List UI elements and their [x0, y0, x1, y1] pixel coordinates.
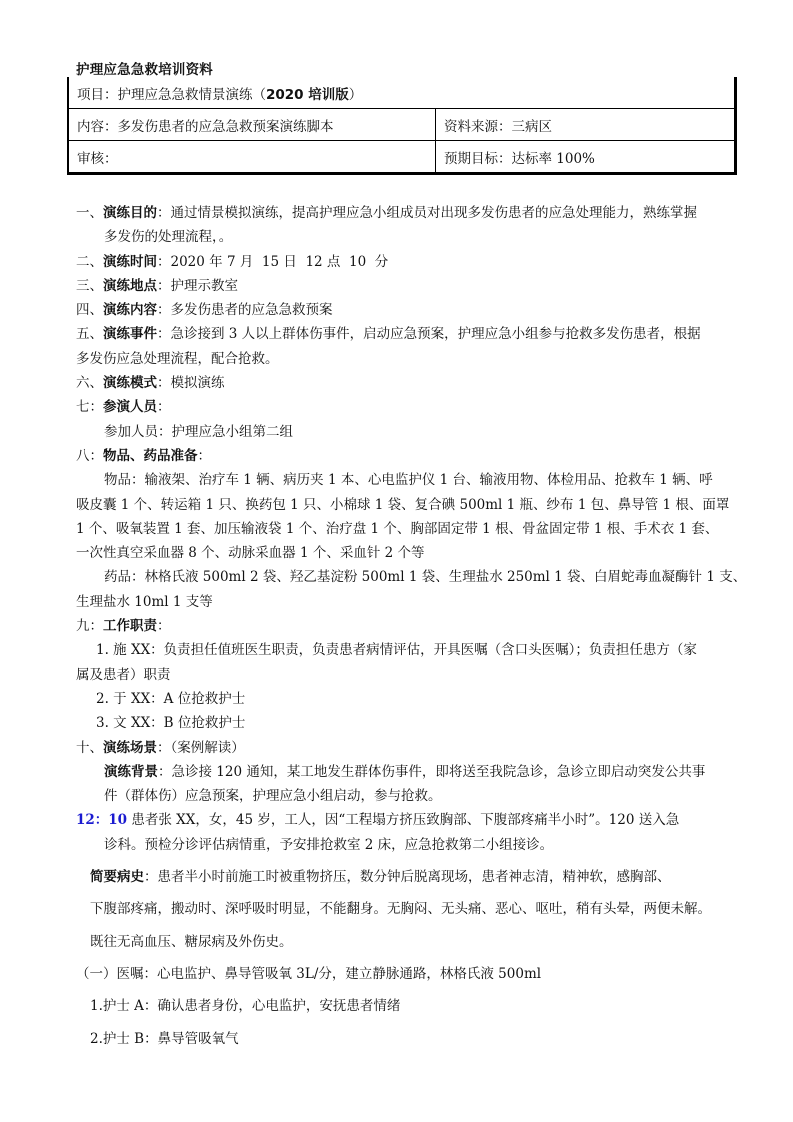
document-body: 一、演练目的：通过情景模拟演练，提高护理应急小组成员对出现多发伤患者的应急处理能…	[76, 201, 741, 1051]
section-scenario: 十、演练场景：（案例解读）	[76, 736, 741, 760]
table-row-content: 内容：多发伤患者的应急急救预案演练脚本 资料来源：三病区	[68, 109, 736, 141]
section-event: 五、演练事件：急诊接到 3 人以上群体伤事件，启动应急预案，护理应急小组参与抢救…	[76, 322, 741, 346]
section-purpose: 一、演练目的：通过情景模拟演练，提高护理应急小组成员对出现多发伤患者的应急处理能…	[76, 201, 741, 225]
nurse-a-task: 1.护士 A：确认患者身份，心电监护，安抚患者情绪	[76, 994, 741, 1018]
section-participants: 七：参演人员：	[76, 395, 741, 419]
document-title: 护理应急急救培训资料	[76, 58, 213, 78]
history-line: 下腹部疼痛，搬动时、深呼吸时明显，不能翻身。无胸闷、无头痛、恶心、呕吐，稍有头晕…	[76, 897, 741, 921]
drugs-line: 生理盐水 10ml 1 支等	[76, 590, 741, 614]
info-table: 项目：护理应急急救情景演练（2020 培训版） 内容：多发伤患者的应急急救预案演…	[67, 77, 737, 175]
scenario-timeline-cont: 诊科。预检分诊评估病情重，予安排抢救室 2 床，应急抢救第二小组接诊。	[76, 833, 741, 857]
section-supplies: 八：物品、药品准备：	[76, 444, 741, 468]
duty-item: 1. 施 XX：负责担任值班医生职责，负责患者病情评估，开具医嘱（含口头医嘱）；…	[76, 638, 741, 662]
target-cell: 预期目标：达标率 100%	[436, 141, 736, 174]
supplies-line: 一次性真空采血器 8 个、动脉采血器 1 个、采血针 2 个等	[76, 541, 741, 565]
section-event-cont: 多发伤应急处理流程，配合抢救。	[76, 347, 741, 371]
duty-item-cont: 属及患者）职责	[76, 663, 741, 687]
history: 简要病史：患者半小时前施工时被重物挤压，数分钟后脱离现场，患者神志清，精神软，感…	[76, 865, 741, 889]
nurse-b-task: 2.护士 B：鼻导管吸氧气	[76, 1027, 741, 1051]
content-cell: 内容：多发伤患者的应急急救预案演练脚本	[68, 109, 436, 141]
participants-detail: 参加人员：护理应急小组第二组	[76, 420, 741, 444]
history-line: 既往无高血压、糖尿病及外伤史。	[76, 930, 741, 954]
supplies-line: 1 个、吸氧装置 1 套、加压输液袋 1 个、治疗盘 1 个、胸部固定带 1 根…	[76, 517, 741, 541]
scenario-timeline: 12：10 患者张 XX，女，45 岁，工人，因“工程塌方挤压致胸部、下腹部疼痛…	[76, 808, 741, 832]
time-label: 12：10	[76, 812, 127, 828]
supplies-line: 吸皮囊 1 个、转运箱 1 只、换药包 1 只、小棉球 1 袋、复合碘 500m…	[76, 493, 741, 517]
table-row-project: 项目：护理应急急救情景演练（2020 培训版）	[68, 77, 736, 109]
section-purpose-cont: 多发伤的处理流程，。	[76, 225, 741, 249]
review-cell: 审核：	[68, 141, 436, 174]
drugs-line: 药品：林格氏液 500ml 2 袋、羟乙基淀粉 500ml 1 袋、生理盐水 2…	[76, 565, 741, 589]
section-duties: 九：工作职责：	[76, 614, 741, 638]
supplies-line: 物品：输液架、治疗车 1 辆、病历夹 1 本、心电监护仪 1 台、输液用物、体检…	[76, 468, 741, 492]
medical-orders: （一）医嘱：心电监护、鼻导管吸氧 3L/分，建立静脉通路，林格氏液 500ml	[76, 962, 741, 986]
duty-item: 2. 于 XX：A 位抢救护士	[76, 687, 741, 711]
table-row-review: 审核： 预期目标：达标率 100%	[68, 141, 736, 174]
section-content: 四、演练内容：多发伤患者的应急急救预案	[76, 298, 741, 322]
section-time: 二、演练时间：2020 年 7 月 15 日 12 点 10 分	[76, 250, 741, 274]
scenario-background: 演练背景：急诊接 120 通知，某工地发生群体伤事件，即将送至我院急诊，急诊立即…	[76, 760, 741, 784]
source-cell: 资料来源：三病区	[436, 109, 736, 141]
section-location: 三、演练地点：护理示教室	[76, 274, 741, 298]
duty-item: 3. 文 XX：B 位抢救护士	[76, 711, 741, 735]
section-mode: 六、演练模式：模拟演练	[76, 371, 741, 395]
project-cell: 项目：护理应急急救情景演练（2020 培训版）	[68, 77, 736, 109]
scenario-background-cont: 件（群体伤）应急预案，护理应急小组启动，参与抢救。	[76, 784, 741, 808]
